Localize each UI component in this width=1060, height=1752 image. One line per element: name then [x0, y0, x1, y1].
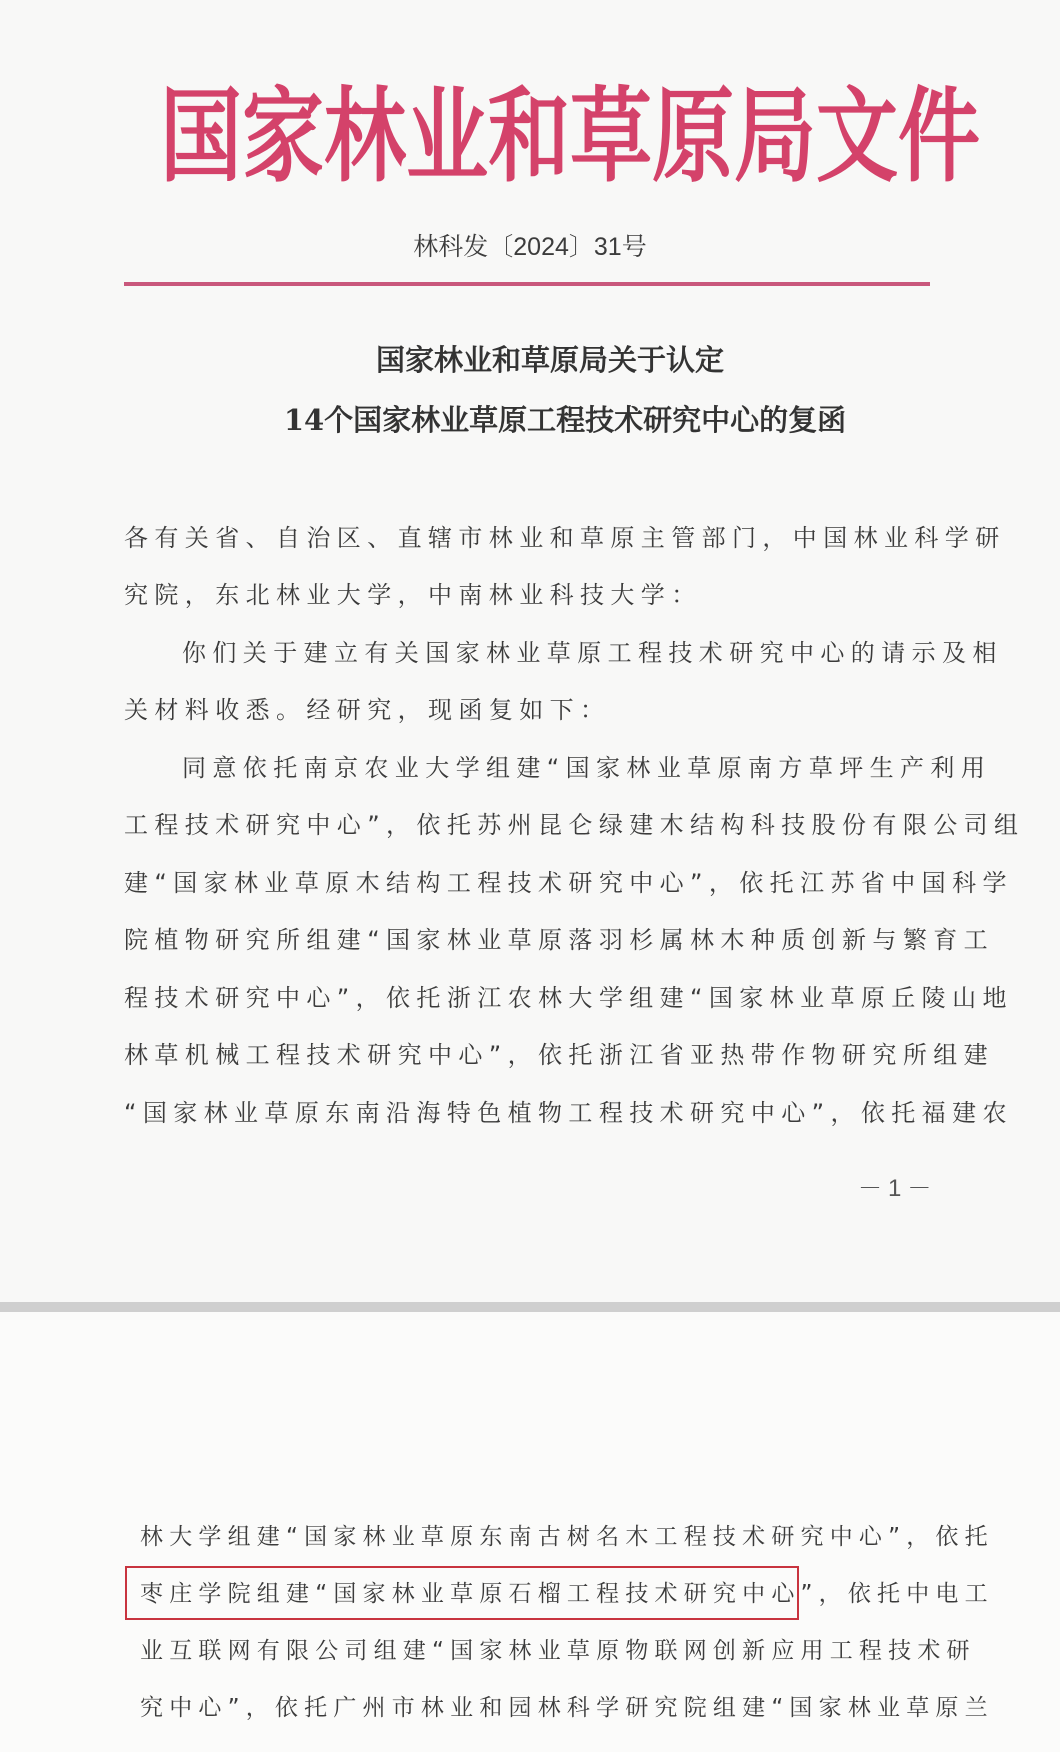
- document-title-line-1: 国家林业和草原局关于认定: [0, 342, 1060, 378]
- body-line: 同意依托南京农业大学组建“国家林业草原南方草坪生产利用: [124, 753, 1002, 783]
- body-line: 林大学组建“国家林业草原东南古树名木工程技术研究中心”，依托: [140, 1522, 960, 1552]
- body-line: 究中心”，依托广州市林业和园林科学研究院组建“国家林业草原兰: [140, 1693, 960, 1723]
- body-line: 院植物研究所组建“国家林业草原落羽杉属林木种质创新与繁育工: [124, 925, 944, 955]
- page-number: －1－: [858, 1168, 937, 1203]
- document-number: 林科发〔2024〕31号: [0, 232, 1060, 262]
- masthead-title: 国家林业和草原局文件: [160, 55, 920, 218]
- body-line: 程技术研究中心”，依托浙江农林大学组建“国家林业草原丘陵山地: [124, 983, 944, 1013]
- document-title-line-2: 14个国家林业草原工程技术研究中心的复函: [0, 402, 1060, 438]
- red-divider-rule: [124, 282, 930, 286]
- body-line: 工程技术研究中心”，依托苏州昆仑绿建木结构科技股份有限公司组: [124, 810, 944, 840]
- highlight-annotation-box: [125, 1566, 799, 1620]
- body-line: 关材料收悉。经研究，现函复如下：: [124, 695, 944, 725]
- body-line: 业互联网有限公司组建“国家林业草原物联网创新应用工程技术研: [140, 1636, 960, 1666]
- body-line: 林草机械工程技术研究中心”，依托浙江省亚热带作物研究所组建: [124, 1040, 944, 1070]
- body-line: 建“国家林业草原木结构工程技术研究中心”，依托江苏省中国科学: [124, 868, 944, 898]
- body-line: 各有关省、自治区、直辖市林业和草原主管部门，中国林业科学研: [124, 523, 944, 553]
- document-page-1: 国家林业和草原局文件 林科发〔2024〕31号 国家林业和草原局关于认定 14个…: [0, 0, 1060, 1302]
- body-line: 你们关于建立有关国家林业草原工程技术研究中心的请示及相: [124, 638, 1002, 668]
- body-line: “国家林业草原东南沿海特色植物工程技术研究中心”，依托福建农: [124, 1098, 944, 1128]
- page-separator: [0, 1302, 1060, 1312]
- body-line: 究院，东北林业大学，中南林业科技大学：: [124, 580, 944, 610]
